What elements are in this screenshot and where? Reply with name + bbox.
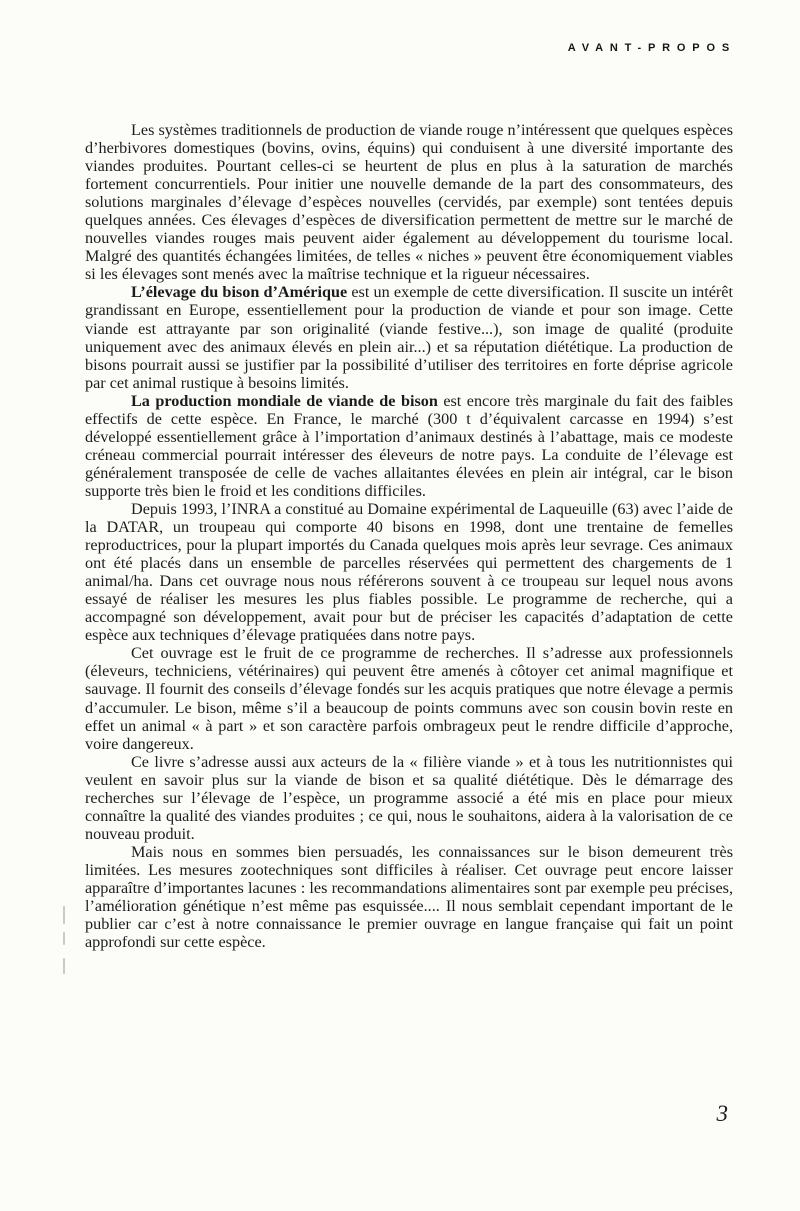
paragraph: Ce livre s’adresse aussi aux acteurs de …: [85, 753, 733, 843]
scan-artifact: [63, 906, 65, 924]
paragraph-text: Cet ouvrage est le fruit de ce programme…: [85, 644, 733, 752]
paragraph: Cet ouvrage est le fruit de ce programme…: [85, 644, 733, 752]
paragraph-lead: L’élevage du bison d’Amérique: [131, 283, 347, 301]
body-text: Les systèmes traditionnels de production…: [85, 121, 733, 951]
scan-artifact: [63, 932, 65, 945]
paragraph: L’élevage du bison d’Amérique est un exe…: [85, 283, 733, 391]
paragraph: Mais nous en sommes bien persuadés, les …: [85, 843, 733, 951]
paragraph-text: Ce livre s’adresse aussi aux acteurs de …: [85, 753, 733, 843]
paragraph-text: Mais nous en sommes bien persuadés, les …: [85, 843, 733, 951]
paragraph-text: Les systèmes traditionnels de production…: [85, 121, 733, 283]
paragraph: Les systèmes traditionnels de production…: [85, 121, 733, 283]
scan-artifact: [63, 958, 65, 974]
running-head: AVANT-PROPOS: [568, 42, 736, 54]
book-page: AVANT-PROPOS Les systèmes traditionnels …: [0, 0, 800, 1211]
page-number: 3: [717, 1101, 729, 1127]
paragraph: Depuis 1993, l’INRA a constitué au Domai…: [85, 500, 733, 644]
paragraph-lead: La production mondiale de viande de biso…: [131, 392, 438, 410]
paragraph: La production mondiale de viande de biso…: [85, 392, 733, 500]
paragraph-text: Depuis 1993, l’INRA a constitué au Domai…: [85, 500, 733, 644]
